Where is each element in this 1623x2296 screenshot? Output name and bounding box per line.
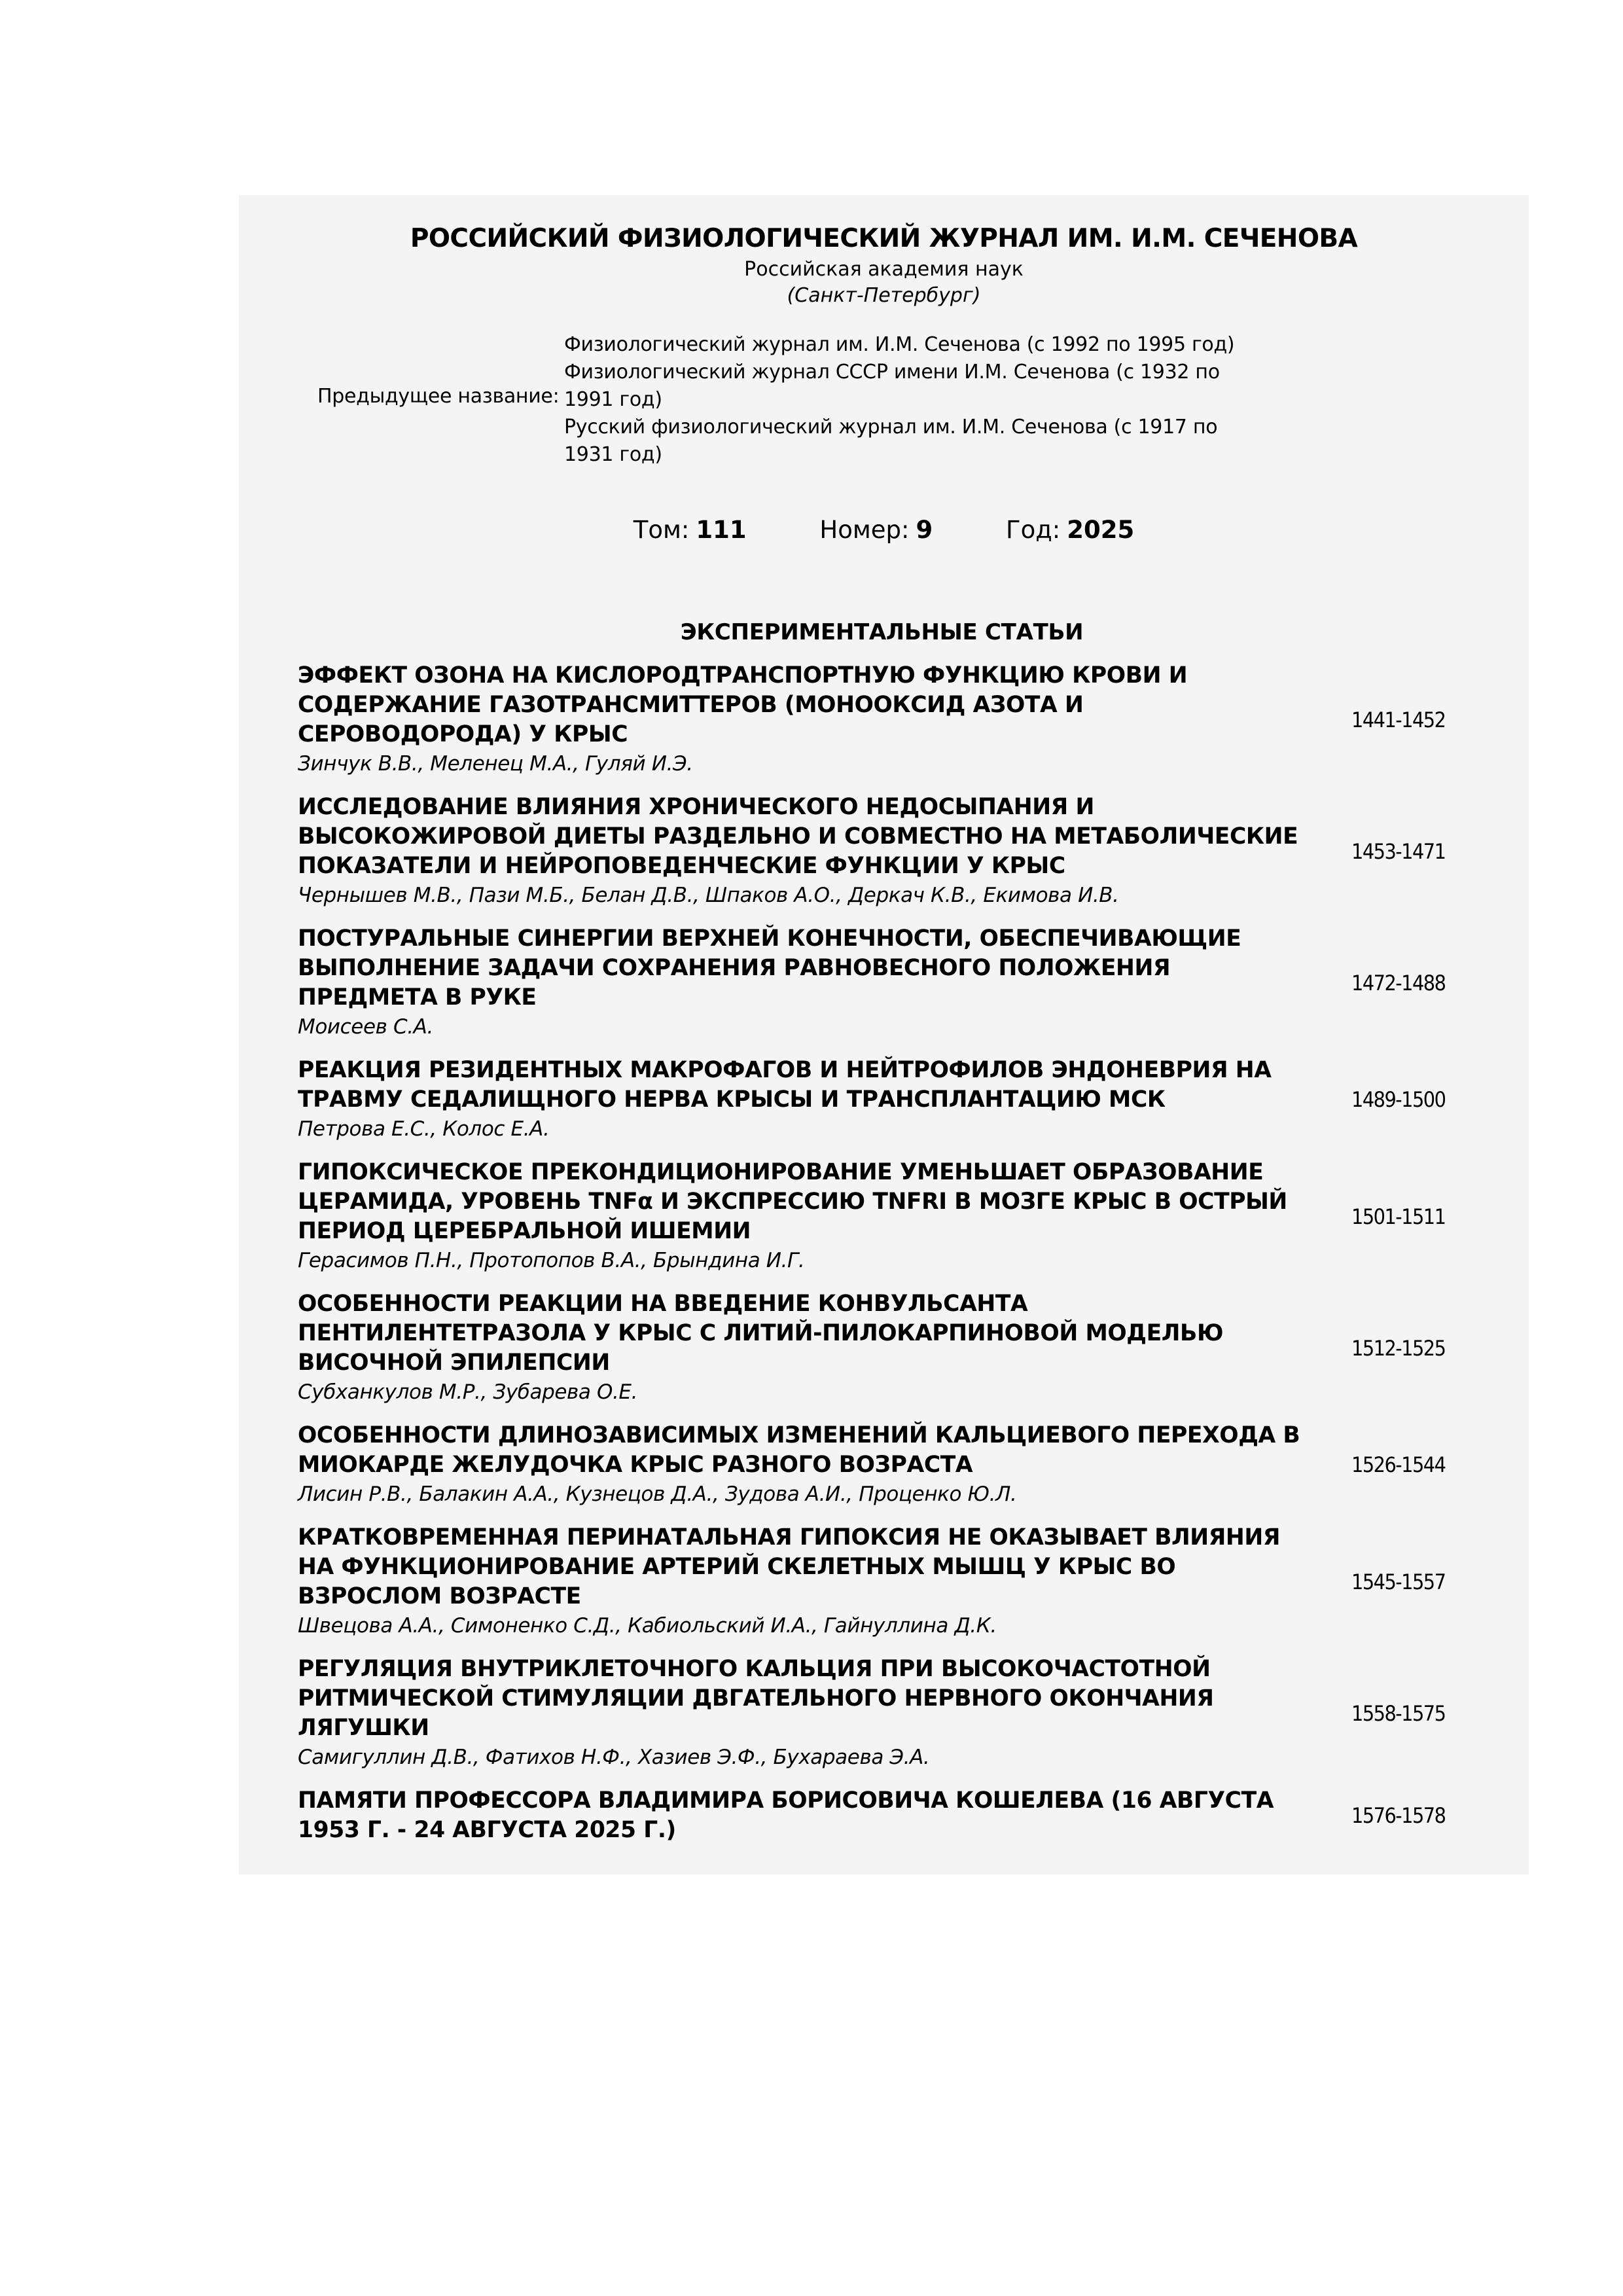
article-text: ОСОБЕННОСТИ РЕАКЦИИ НА ВВЕДЕНИЕ КОНВУЛЬС…	[298, 1289, 1312, 1407]
article-authors: Швецова А.А., Симоненко С.Д., Кабиольски…	[298, 1611, 1312, 1640]
article-entry: ПОСТУРАЛЬНЫЕ СИНЕРГИИ ВЕРХНЕЙ КОНЕЧНОСТИ…	[298, 924, 1466, 1041]
previous-names-label: Предыдущее название:	[317, 385, 559, 408]
year-value: 2025	[1067, 516, 1134, 544]
article-text: ПАМЯТИ ПРОФЕССОРА ВЛАДИМИРА БОРИСОВИЧА К…	[298, 1786, 1312, 1845]
article-entry: КРАТКОВРЕМЕННАЯ ПЕРИНАТАЛЬНАЯ ГИПОКСИЯ Н…	[298, 1523, 1466, 1640]
article-text: РЕАКЦИЯ РЕЗИДЕНТНЫХ МАКРОФАГОВ И НЕЙТРОФ…	[298, 1056, 1312, 1143]
article-entry: ПАМЯТИ ПРОФЕССОРА ВЛАДИМИРА БОРИСОВИЧА К…	[298, 1786, 1466, 1845]
year-label: Год:	[1006, 516, 1060, 544]
article-entry: ГИПОКСИЧЕСКОЕ ПРЕКОНДИЦИОНИРОВАНИЕ УМЕНЬ…	[298, 1158, 1466, 1275]
city: (Санкт-Петербург)	[239, 284, 1529, 307]
article-title-link[interactable]: ГИПОКСИЧЕСКОЕ ПРЕКОНДИЦИОНИРОВАНИЕ УМЕНЬ…	[298, 1158, 1312, 1246]
article-authors: Субханкулов М.Р., Зубарева О.Е.	[298, 1378, 1312, 1407]
article-authors: Герасимов П.Н., Протопопов В.А., Брындин…	[298, 1246, 1312, 1275]
journal-issue-panel: РОССИЙСКИЙ ФИЗИОЛОГИЧЕСКИЙ ЖУРНАЛ ИМ. И.…	[239, 195, 1529, 1874]
article-pages: 1441-1452	[1351, 708, 1445, 732]
article-text: ИССЛЕДОВАНИЕ ВЛИЯНИЯ ХРОНИЧЕСКОГО НЕДОСЫ…	[298, 793, 1312, 910]
volume-value: 111	[696, 516, 746, 544]
article-title-link[interactable]: ЭФФЕКТ ОЗОНА НА КИСЛОРОДТРАНСПОРТНУЮ ФУН…	[298, 661, 1312, 749]
article-title-link[interactable]: ПОСТУРАЛЬНЫЕ СИНЕРГИИ ВЕРХНЕЙ КОНЕЧНОСТИ…	[298, 924, 1312, 1013]
article-authors: Чернышев М.В., Пази М.Б., Белан Д.В., Шп…	[298, 881, 1312, 910]
previous-name: Русский физиологический журнал им. И.М. …	[564, 414, 1271, 469]
previous-name: Физиологический журнал им. И.М. Сеченова…	[564, 331, 1271, 359]
publisher: Российская академия наук	[239, 258, 1529, 281]
issue-info: Том:111 Номер:9 Год:2025	[239, 516, 1529, 544]
article-title-link[interactable]: ПАМЯТИ ПРОФЕССОРА ВЛАДИМИРА БОРИСОВИЧА К…	[298, 1786, 1312, 1845]
article-pages: 1453-1471	[1351, 839, 1445, 864]
article-text: ОСОБЕННОСТИ ДЛИНОЗАВИСИМЫХ ИЗМЕНЕНИЙ КАЛ…	[298, 1421, 1312, 1509]
article-pages: 1489-1500	[1351, 1087, 1445, 1112]
table-of-contents: ЭФФЕКТ ОЗОНА НА КИСЛОРОДТРАНСПОРТНУЮ ФУН…	[298, 661, 1466, 1859]
previous-names-list: Физиологический журнал им. И.М. Сеченова…	[564, 331, 1271, 469]
article-title-link[interactable]: РЕАКЦИЯ РЕЗИДЕНТНЫХ МАКРОФАГОВ И НЕЙТРОФ…	[298, 1056, 1312, 1115]
article-entry: ОСОБЕННОСТИ РЕАКЦИИ НА ВВЕДЕНИЕ КОНВУЛЬС…	[298, 1289, 1466, 1407]
article-entry: РЕГУЛЯЦИЯ ВНУТРИКЛЕТОЧНОГО КАЛЬЦИЯ ПРИ В…	[298, 1655, 1466, 1772]
article-entry: РЕАКЦИЯ РЕЗИДЕНТНЫХ МАКРОФАГОВ И НЕЙТРОФ…	[298, 1056, 1466, 1143]
article-entry: ИССЛЕДОВАНИЕ ВЛИЯНИЯ ХРОНИЧЕСКОГО НЕДОСЫ…	[298, 793, 1466, 910]
article-text: РЕГУЛЯЦИЯ ВНУТРИКЛЕТОЧНОГО КАЛЬЦИЯ ПРИ В…	[298, 1655, 1312, 1772]
article-pages: 1472-1488	[1351, 971, 1445, 996]
article-authors: Самигуллин Д.В., Фатихов Н.Ф., Хазиев Э.…	[298, 1743, 1312, 1772]
article-title-link[interactable]: РЕГУЛЯЦИЯ ВНУТРИКЛЕТОЧНОГО КАЛЬЦИЯ ПРИ В…	[298, 1655, 1312, 1743]
article-title-link[interactable]: ИССЛЕДОВАНИЕ ВЛИЯНИЯ ХРОНИЧЕСКОГО НЕДОСЫ…	[298, 793, 1312, 881]
article-pages: 1576-1578	[1351, 1803, 1445, 1828]
article-pages: 1558-1575	[1351, 1701, 1445, 1726]
article-text: КРАТКОВРЕМЕННАЯ ПЕРИНАТАЛЬНАЯ ГИПОКСИЯ Н…	[298, 1523, 1312, 1640]
journal-title: РОССИЙСКИЙ ФИЗИОЛОГИЧЕСКИЙ ЖУРНАЛ ИМ. И.…	[239, 224, 1529, 253]
article-title-link[interactable]: ОСОБЕННОСТИ ДЛИНОЗАВИСИМЫХ ИЗМЕНЕНИЙ КАЛ…	[298, 1421, 1312, 1480]
number-label: Номер:	[819, 516, 909, 544]
article-title-link[interactable]: КРАТКОВРЕМЕННАЯ ПЕРИНАТАЛЬНАЯ ГИПОКСИЯ Н…	[298, 1523, 1312, 1611]
article-authors: Петрова Е.С., Колос Е.А.	[298, 1115, 1312, 1143]
previous-name: Физиологический журнал СССР имени И.М. С…	[564, 359, 1271, 414]
article-pages: 1501-1511	[1351, 1204, 1445, 1229]
article-entry: ЭФФЕКТ ОЗОНА НА КИСЛОРОДТРАНСПОРТНУЮ ФУН…	[298, 661, 1466, 778]
article-title-link[interactable]: ОСОБЕННОСТИ РЕАКЦИИ НА ВВЕДЕНИЕ КОНВУЛЬС…	[298, 1289, 1312, 1378]
article-pages: 1512-1525	[1351, 1336, 1445, 1361]
number-value: 9	[916, 516, 933, 544]
article-text: ГИПОКСИЧЕСКОЕ ПРЕКОНДИЦИОНИРОВАНИЕ УМЕНЬ…	[298, 1158, 1312, 1275]
volume-label: Том:	[633, 516, 690, 544]
article-text: ПОСТУРАЛЬНЫЕ СИНЕРГИИ ВЕРХНЕЙ КОНЕЧНОСТИ…	[298, 924, 1312, 1041]
article-entry: ОСОБЕННОСТИ ДЛИНОЗАВИСИМЫХ ИЗМЕНЕНИЙ КАЛ…	[298, 1421, 1466, 1509]
article-pages: 1526-1544	[1351, 1452, 1445, 1477]
section-title: ЭКСПЕРИМЕНТАЛЬНЫЕ СТАТЬИ	[298, 619, 1466, 645]
article-pages: 1545-1557	[1351, 1570, 1445, 1594]
article-authors: Зинчук В.В., Меленец М.А., Гуляй И.Э.	[298, 749, 1312, 778]
article-text: ЭФФЕКТ ОЗОНА НА КИСЛОРОДТРАНСПОРТНУЮ ФУН…	[298, 661, 1312, 778]
article-authors: Моисеев С.А.	[298, 1013, 1312, 1041]
article-authors: Лисин Р.В., Балакин А.А., Кузнецов Д.А.,…	[298, 1480, 1312, 1509]
